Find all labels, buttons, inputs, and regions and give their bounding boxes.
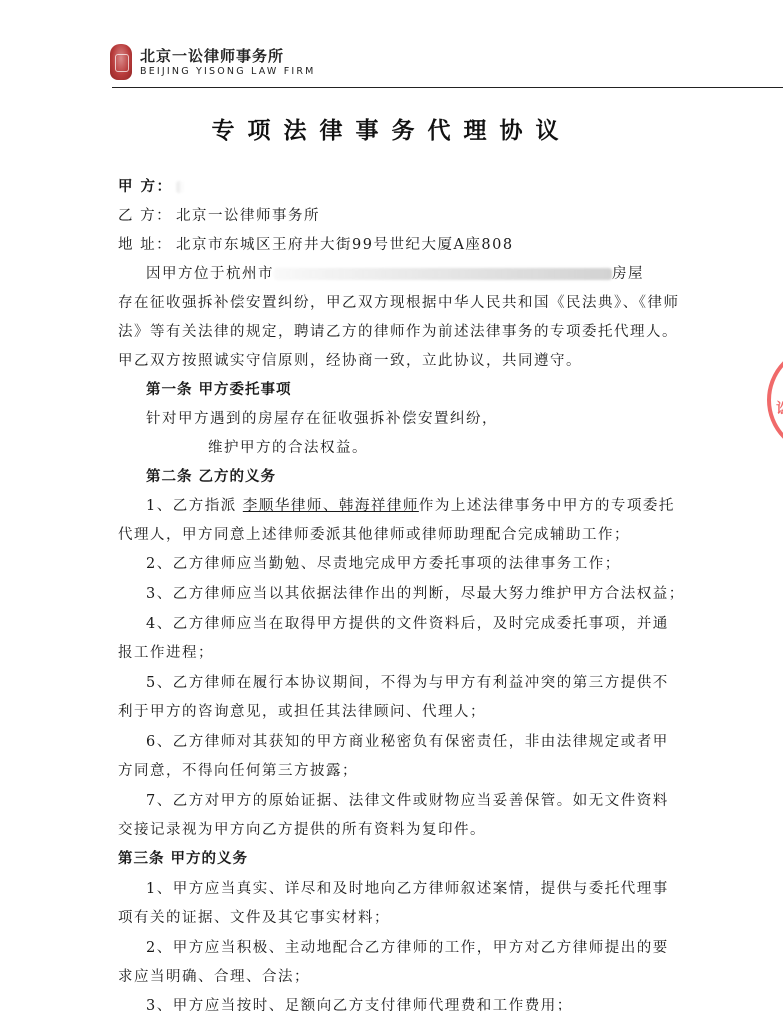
article-1-text: 针对甲方遇到的房屋存在征收强拆补偿安置纠纷， [146, 411, 498, 427]
article-3-heading: 第三条 甲方的义务 [118, 849, 248, 869]
article-1-line-2: 维护甲方的合法权益。 [208, 438, 368, 458]
stamp-glyph: 讼 [776, 398, 783, 418]
redacted-scope [498, 413, 648, 425]
article-2-item-1-cont: 代理人，甲方同意上述律师委派其他律师或律师助理配合完成辅助工作； [118, 525, 630, 545]
article-3-item-1: 1、甲方应当真实、详尽和及时地向乙方律师叙述案情，提供与委托代理事 [146, 879, 669, 899]
item-text: 1、乙方指派 [146, 498, 243, 514]
letterhead: 北京一讼律师事务所 BEIJING YISONG LAW FIRM [108, 40, 783, 88]
preamble-line-4: 甲乙双方按照诚实守信原则，经协商一致，立此协议，共同遵守。 [118, 351, 582, 371]
article-1-heading: 第一条 甲方委托事项 [146, 380, 292, 400]
firm-seal-logo-icon [110, 44, 132, 80]
article-2-item-5-cont: 利于甲方的咨询意见，或担任其法律顾问、代理人； [118, 702, 486, 722]
party-b-label: 乙 方： [118, 206, 176, 226]
article-3-item-1-cont: 项有关的证据、文件及其它事实材料； [118, 908, 390, 928]
address-value: 北京市东城区王府井大街99号世纪大厦A座808 [176, 237, 514, 253]
header-divider [112, 87, 783, 88]
firm-name-en: BEIJING YISONG LAW FIRM [140, 66, 316, 77]
redacted-party-a [176, 181, 184, 193]
article-2-heading: 第二条 乙方的义务 [146, 467, 276, 487]
document-title: 专项法律事务代理协议 [0, 112, 783, 145]
article-1-line-1: 针对甲方遇到的房屋存在征收强拆补偿安置纠纷， [146, 409, 648, 429]
article-2-item-4-cont: 报工作进程； [118, 643, 214, 663]
article-2-item-5: 5、乙方律师在履行本协议期间，不得为与甲方有利益冲突的第三方提供不 [146, 673, 669, 693]
article-3-item-2-cont: 求应当明确、合理、合法； [118, 967, 310, 987]
address-line: 地 址：北京市东城区王府井大街99号世纪大厦A座808 [118, 235, 514, 255]
preamble-text: 房屋 [612, 266, 644, 282]
preamble-line-2: 存在征收强拆补偿安置纠纷，甲乙双方现根据中华人民共和国《民法典》、《律师 [118, 293, 680, 313]
article-2-item-3: 3、乙方律师应当以其依据法律作出的判断，尽最大努力维护甲方合法权益； [146, 584, 685, 604]
preamble-line-3: 法》等有关法律的规定，聘请乙方的律师作为前述法律事务的专项委托代理人。 [118, 322, 678, 342]
article-2-item-7: 7、乙方对甲方的原始证据、法律文件或财物应当妥善保管。如无文件资料 [146, 791, 669, 811]
article-2-item-4: 4、乙方律师应当在取得甲方提供的文件资料后，及时完成委托事项，并通 [146, 614, 669, 634]
firm-name-cn: 北京一讼律师事务所 [140, 45, 284, 66]
article-2-item-1: 1、乙方指派 李顺华律师、韩海祥律师作为上述法律事务中甲方的专项委托 [146, 496, 675, 516]
party-a-line: 甲 方： [118, 177, 184, 197]
party-b-value: 北京一讼律师事务所 [176, 208, 320, 224]
assigned-lawyers: 李顺华律师、韩海祥律师 [243, 498, 419, 514]
preamble-line-1: 因甲方位于杭州市房屋 [146, 264, 644, 284]
article-2-item-7-cont: 交接记录视为甲方向乙方提供的所有资料为复印件。 [118, 820, 486, 840]
party-b-line: 乙 方：北京一讼律师事务所 [118, 206, 320, 226]
article-2-item-6: 6、乙方律师对其获知的甲方商业秘密负有保密责任，非由法律规定或者甲 [146, 732, 669, 752]
article-2-item-2: 2、乙方律师应当勤勉、尽责地完成甲方委托事项的法律事务工作； [146, 554, 621, 574]
article-3-item-2: 2、甲方应当积极、主动地配合乙方律师的工作，甲方对乙方律师提出的要 [146, 938, 669, 958]
article-3-item-3: 3、甲方应当按时、足额向乙方支付律师代理费和工作费用； [146, 996, 573, 1011]
redacted-address [274, 268, 612, 280]
party-a-label: 甲 方： [118, 177, 176, 197]
address-label: 地 址： [118, 235, 176, 255]
article-2-item-6-cont: 方同意，不得向任何第三方披露； [118, 761, 358, 781]
item-text: 作为上述法律事务中甲方的专项委托 [419, 498, 675, 514]
preamble-text: 因甲方位于杭州市 [146, 266, 274, 282]
